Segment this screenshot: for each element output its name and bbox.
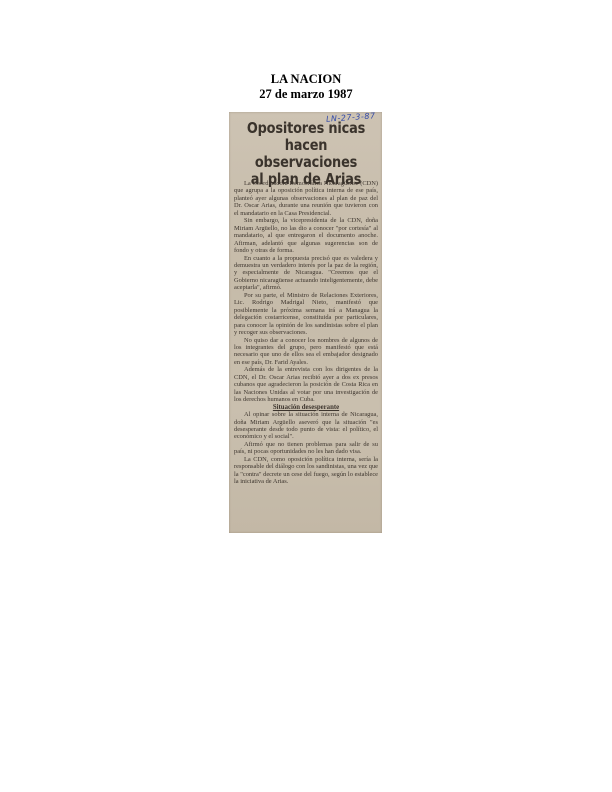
paragraph: Sin embargo, la vicepresidenta de la CDN… xyxy=(234,217,378,254)
subheading: Situación desesperante xyxy=(234,404,378,411)
headline-line: Opositores nicas xyxy=(242,120,371,137)
publication-date: 27 de marzo 1987 xyxy=(0,87,612,102)
article-body: La Coordinadora Democrática Nicaragüense… xyxy=(234,180,378,486)
paragraph: La Coordinadora Democrática Nicaragüense… xyxy=(234,180,378,217)
paragraph: Al opinar sobre la situación interna de … xyxy=(234,411,378,441)
page-header: LA NACION 27 de marzo 1987 xyxy=(0,72,612,102)
paragraph: No quiso dar a conocer los nombres de al… xyxy=(234,337,378,367)
newspaper-clipping: LN-27-3-87 Opositores nicas hacen observ… xyxy=(229,112,382,533)
paragraph: La CDN, como oposición política interna,… xyxy=(234,456,378,486)
headline-line: hacen observaciones xyxy=(242,137,371,171)
publication-name: LA NACION xyxy=(0,72,612,87)
paragraph: En cuanto a la propuesta precisó que es … xyxy=(234,255,378,292)
headline: Opositores nicas hacen observaciones al … xyxy=(242,120,371,188)
paragraph: Además de la entrevista con los dirigent… xyxy=(234,366,378,403)
paragraph: Afirmó que no tienen problemas para sali… xyxy=(234,441,378,456)
paragraph: Por su parte, el Ministro de Relaciones … xyxy=(234,292,378,337)
